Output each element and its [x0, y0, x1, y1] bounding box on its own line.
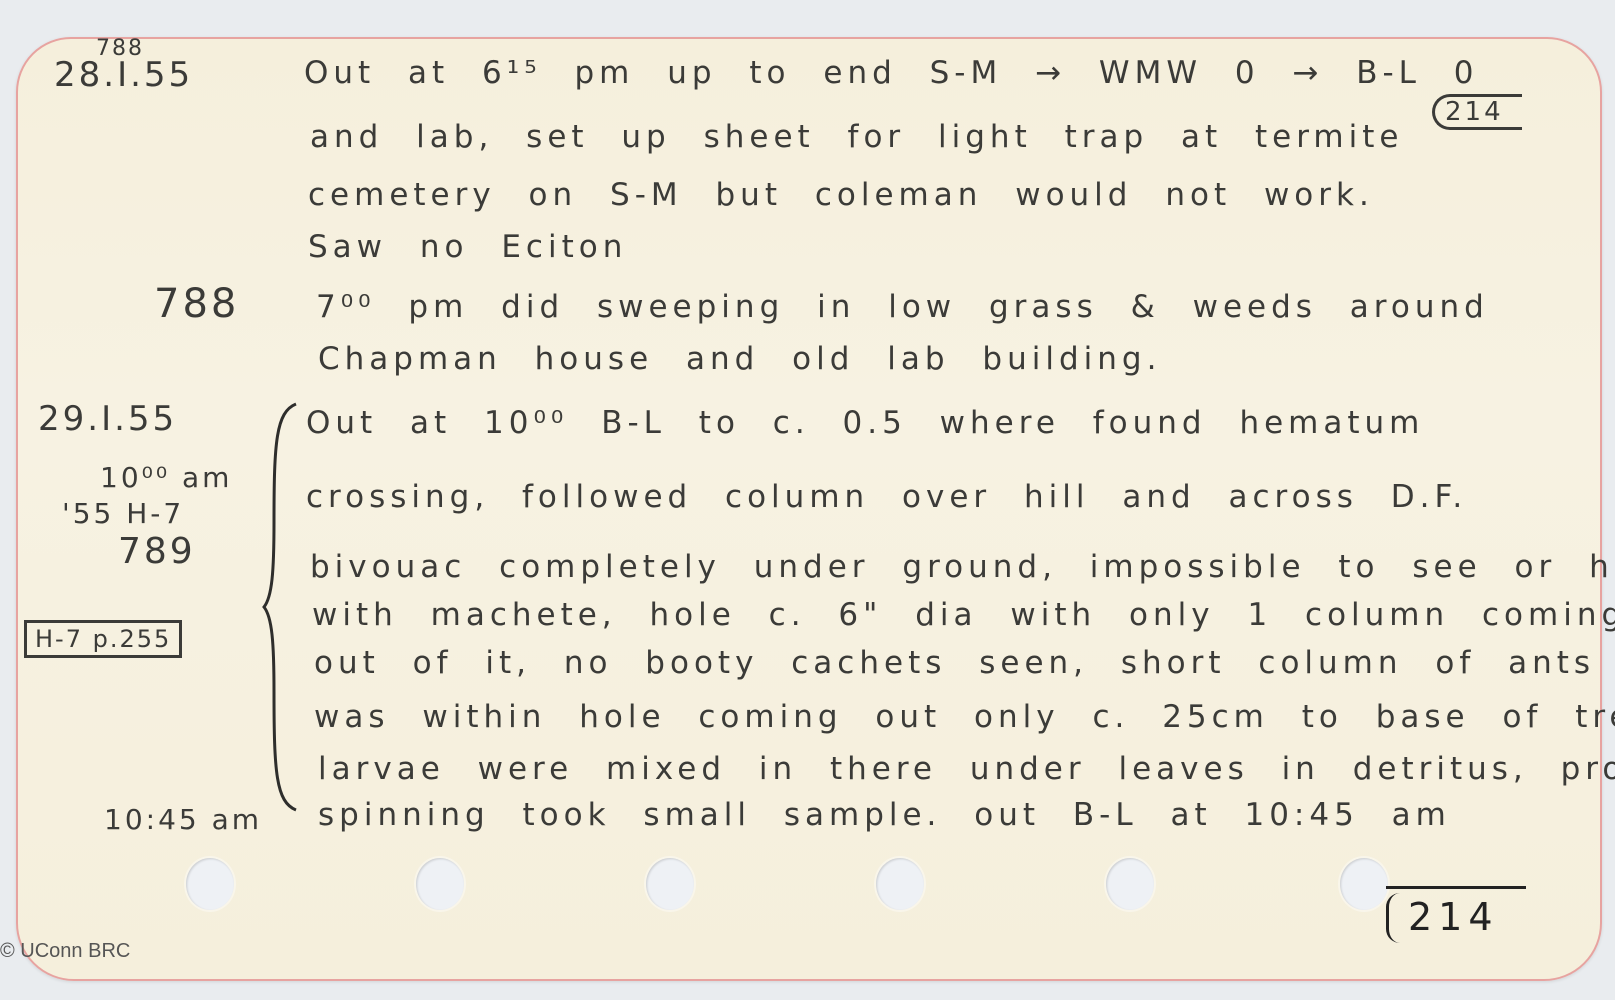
- entry-line: with machete, hole c. 6" dia with only 1…: [312, 600, 1615, 631]
- circled-reference: 214: [1432, 94, 1522, 130]
- entry-line: was within hole coming out only c. 25cm …: [314, 702, 1615, 733]
- punch-hole: [876, 858, 924, 910]
- collection-number: 789: [118, 534, 196, 570]
- punch-hole: [646, 858, 694, 910]
- punch-hole: [1106, 858, 1154, 910]
- punch-hole: [186, 858, 234, 910]
- entry-line: Out at 10⁰⁰ B-L to c. 0.5 where found he…: [306, 408, 1424, 439]
- card-number-box: 214: [1386, 886, 1526, 947]
- entry-line: bivouac completely under ground, impossi…: [310, 552, 1615, 583]
- entry-line: out of it, no booty cachets seen, short …: [314, 648, 1595, 679]
- boxed-reference: H-7 p.255: [24, 620, 182, 658]
- entry-date: 28.I.55: [54, 58, 193, 92]
- entry-line: larvae were mixed in there under leaves …: [318, 754, 1615, 785]
- end-time: 10:45 am: [104, 806, 262, 834]
- punch-hole: [1340, 858, 1388, 910]
- entry-line: and lab, set up sheet for light trap at …: [310, 122, 1403, 153]
- card-number: 214: [1408, 895, 1499, 939]
- entry-line: Chapman house and old lab building.: [318, 344, 1161, 375]
- entry-date: 29.I.55: [38, 402, 177, 436]
- bracket-mark: [1386, 893, 1403, 943]
- entry-line: spinning took small sample. out B-L at 1…: [318, 800, 1451, 831]
- entry-line: cemetery on S-M but coleman would not wo…: [308, 180, 1374, 211]
- curly-brace: [262, 402, 302, 812]
- colony-note: '55 H-7: [62, 500, 184, 528]
- entry-line: Out at 6¹⁵ pm up to end S-M → WMW 0 → B-…: [304, 58, 1479, 89]
- entry-line: 7⁰⁰ pm did sweeping in low grass & weeds…: [316, 292, 1489, 323]
- collection-number: 788: [154, 284, 239, 324]
- time-note: 10⁰⁰ am: [100, 464, 232, 492]
- entry-line: crossing, followed column over hill and …: [306, 482, 1467, 513]
- entry-line: Saw no Eciton: [308, 232, 627, 263]
- copyright-watermark: © UConn BRC: [0, 940, 130, 963]
- punch-hole: [416, 858, 464, 910]
